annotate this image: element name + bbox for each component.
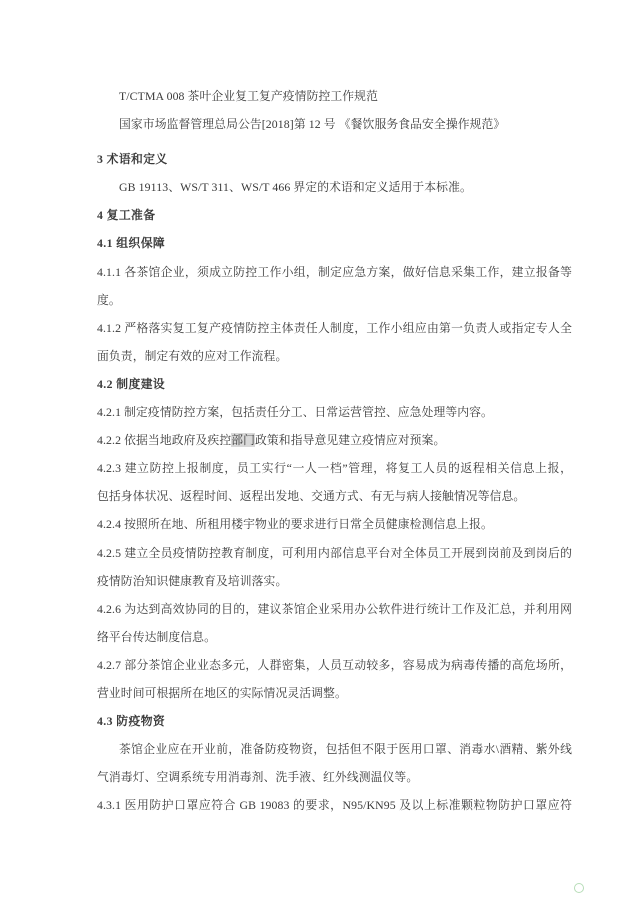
section-heading-4-3: 4.3 防疫物资 bbox=[97, 707, 572, 735]
reference-line-samr: 国家市场监督管理总局公告[2018]第 12 号 《餐饮服务食品安全操作规范》 bbox=[97, 110, 572, 138]
paragraph-4-2-3: 4.2.3 建立防控上报制度，员工实行“一人一档”管理，将复工人员的返程相关信息… bbox=[97, 454, 572, 510]
paragraph-text: 4.1.1 各茶馆企业，须成立防控工作小组，制定应急方案，做好信息采集工作，建立… bbox=[97, 258, 572, 286]
document-content: T/CTMA 008 茶叶企业复工复产疫情防控工作规范 国家市场监督管理总局公告… bbox=[97, 82, 572, 819]
paragraph-4-2-5: 4.2.5 建立全员疫情防控教育制度，可利用内部信息平台对全体员工开展到岗前及到… bbox=[97, 539, 572, 595]
paragraph-text-before: 4.2.2 依据当地政府及疾控 bbox=[97, 433, 231, 447]
paragraph-text: 4.2.1 制定疫情防控方案，包括责任分工、日常运营管控、应急处理等内容。 bbox=[97, 398, 572, 426]
paragraph-text: 包括身体状况、返程时间、返程出发地、交通方式、有无与病人接触情况等信息。 bbox=[97, 482, 572, 510]
heading-text: 3 术语和定义 bbox=[97, 145, 572, 173]
paragraph-text: 茶馆企业应在开业前，准备防疫物资，包括但不限于医用口罩、消毒水\酒精、紫外线空 bbox=[97, 735, 572, 763]
paragraph-text: 疫情防治知识健康教育及培训落实。 bbox=[97, 567, 572, 595]
paragraph-text: 面负责，制定有效的应对工作流程。 bbox=[97, 342, 572, 370]
paragraph-4-2-6: 4.2.6 为达到高效协同的目的，建议茶馆企业采用办公软件进行统计工作及汇总，并… bbox=[97, 595, 572, 651]
paragraph-text: GB 19113、WS/T 311、WS/T 466 界定的术语和定义适用于本标… bbox=[97, 173, 572, 201]
section-heading-4-1: 4.1 组织保障 bbox=[97, 229, 572, 257]
paragraph-4-2-4: 4.2.4 按照所在地、所租用楼宇物业的要求进行日常全员健康检测信息上报。 bbox=[97, 510, 572, 538]
reference-line-tctma: T/CTMA 008 茶叶企业复工复产疫情防控工作规范 bbox=[97, 82, 572, 110]
paragraph-text: 4.2.6 为达到高效协同的目的，建议茶馆企业采用办公软件进行统计工作及汇总，并… bbox=[97, 595, 572, 623]
paragraph-4-1-2: 4.1.2 严格落实复工复产疫情防控主体责任人制度，工作小组应由第一负责人或指定… bbox=[97, 314, 572, 370]
paragraph-text: 营业时间可根据所在地区的实际情况灵活调整。 bbox=[97, 679, 572, 707]
paragraph-text-after: 政策和指导意见建立疫情应对预案。 bbox=[255, 433, 445, 447]
heading-text: 4.1 组织保障 bbox=[97, 229, 572, 257]
section-heading-4-2: 4.2 制度建设 bbox=[97, 370, 572, 398]
paragraph-4-2-1: 4.2.1 制定疫情防控方案，包括责任分工、日常运营管控、应急处理等内容。 bbox=[97, 398, 572, 426]
section-heading-4: 4 复工准备 bbox=[97, 201, 572, 229]
document-page: T/CTMA 008 茶叶企业复工复产疫情防控工作规范 国家市场监督管理总局公告… bbox=[0, 0, 640, 905]
paragraph-text: 4.2.7 部分茶馆企业业态多元，人群密集，人员互动较多，容易成为病毒传播的高危… bbox=[97, 651, 572, 679]
paragraph-text: 气消毒灯、空调系统专用消毒剂、洗手液、红外线测温仪等。 bbox=[97, 763, 572, 791]
reference-text: T/CTMA 008 茶叶企业复工复产疫情防控工作规范 bbox=[97, 82, 572, 110]
paragraph-text: 络平台传达制度信息。 bbox=[97, 623, 572, 651]
paragraph-text: 4.2.5 建立全员疫情防控教育制度，可利用内部信息平台对全体员工开展到岗前及到… bbox=[97, 539, 572, 567]
paragraph-text: 4.3.1 医用防护口罩应符合 GB 19083 的要求，N95/KN95 及以… bbox=[97, 791, 572, 819]
reference-text: 国家市场监督管理总局公告[2018]第 12 号 《餐饮服务食品安全操作规范》 bbox=[97, 110, 572, 138]
paragraph-4-3-1: 4.3.1 医用防护口罩应符合 GB 19083 的要求，N95/KN95 及以… bbox=[97, 791, 572, 819]
paragraph-text: 4.2.2 依据当地政府及疾控部门政策和指导意见建立疫情应对预案。 bbox=[97, 426, 572, 454]
paragraph-4-1-1: 4.1.1 各茶馆企业，须成立防控工作小组，制定应急方案，做好信息采集工作，建立… bbox=[97, 258, 572, 314]
heading-text: 4.2 制度建设 bbox=[97, 370, 572, 398]
highlighted-term: 部门 bbox=[231, 433, 255, 447]
paragraph-text: 度。 bbox=[97, 286, 572, 314]
status-ring-icon[interactable] bbox=[574, 883, 584, 893]
paragraph-text: 4.2.3 建立防控上报制度，员工实行“一人一档”管理，将复工人员的返程相关信息… bbox=[97, 454, 572, 482]
section-heading-3: 3 术语和定义 bbox=[97, 145, 572, 173]
paragraph-text: 4.1.2 严格落实复工复产疫情防控主体责任人制度，工作小组应由第一负责人或指定… bbox=[97, 314, 572, 342]
paragraph-4-2-7: 4.2.7 部分茶馆企业业态多元，人群密集，人员互动较多，容易成为病毒传播的高危… bbox=[97, 651, 572, 707]
paragraph-terms: GB 19113、WS/T 311、WS/T 466 界定的术语和定义适用于本标… bbox=[97, 173, 572, 201]
heading-text: 4.3 防疫物资 bbox=[97, 707, 572, 735]
paragraph-supplies: 茶馆企业应在开业前，准备防疫物资，包括但不限于医用口罩、消毒水\酒精、紫外线空 … bbox=[97, 735, 572, 791]
heading-text: 4 复工准备 bbox=[97, 201, 572, 229]
paragraph-text: 4.2.4 按照所在地、所租用楼宇物业的要求进行日常全员健康检测信息上报。 bbox=[97, 510, 572, 538]
paragraph-4-2-2: 4.2.2 依据当地政府及疾控部门政策和指导意见建立疫情应对预案。 bbox=[97, 426, 572, 454]
